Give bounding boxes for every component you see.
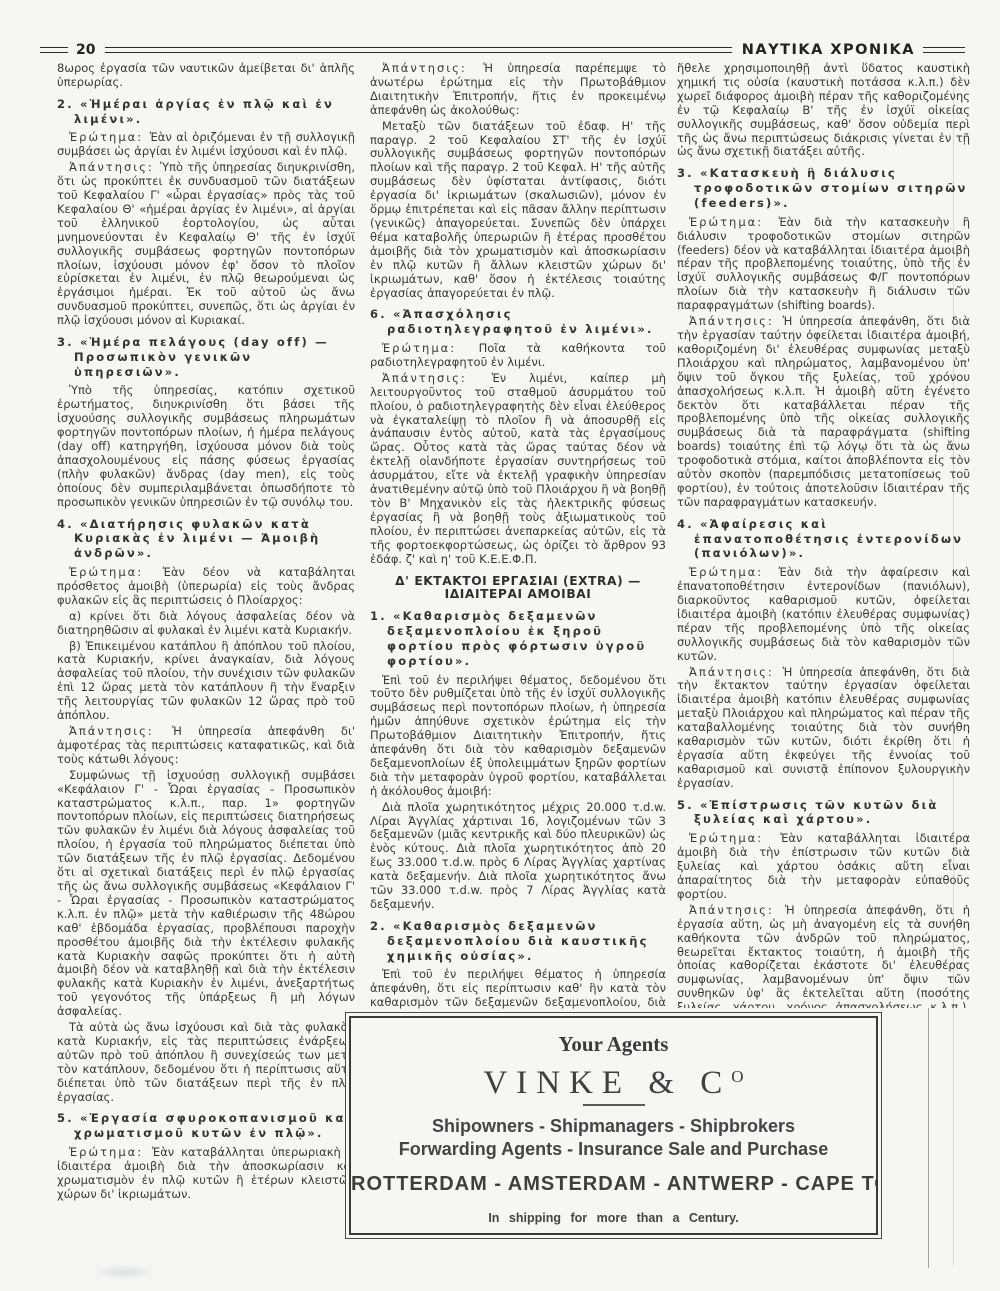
section-heading-6: 6. «Ἀπασχόλησις ραδιοτηλεγραφητοῦ ἐν λιμ… (370, 307, 666, 337)
answer-text: Ἡ ὑπηρεσία ἀπεφάνθη, ὅτι διὰ τὴν ἐργασία… (677, 314, 970, 509)
answer-paragraph: Ἀπάντησις:Ἡ ὑπηρεσία ἀπεφάνθη δι' ἀμφοτέ… (57, 725, 355, 767)
header-rule-middle (105, 47, 731, 53)
list-item-b: β) Ἐπικειμένου κατάπλου ἢ ἀπόπλου τοῦ πλ… (57, 640, 355, 723)
section-heading-extra-4: 4. «Ἀφαίρεσις καὶ ἐπανατοποθέτησις ἐντερ… (677, 517, 970, 561)
question-paragraph: Ἐρώτημα:Ἐὰν διὰ τὴν κατασκευὴν ἢ διάλυσι… (677, 216, 970, 313)
answer-text: Ὑπὸ τῆς ὑπηρεσίας διηυκρινίσθη, ὅτι ὡς π… (57, 160, 355, 327)
advertisement-vinke: Your Agents VINKE & CO Shipowners - Ship… (345, 1012, 882, 1239)
question-label: Ἐρώτημα: (69, 1145, 152, 1159)
chapter-heading: Δ' ΕΚΤΑΚΤΟΙ ΕΡΓΑΣΙΑΙ (EXTRA) — ΙΔΙΑΙΤΕΡΑ… (370, 575, 666, 603)
advertisement-frame: Your Agents VINKE & CO Shipowners - Ship… (349, 1016, 878, 1235)
answer-paragraph: Ἀπάντησις:Ἡ ὑπηρεσία ἀπεφάνθη, ὅτι διὰ τ… (677, 666, 970, 791)
question-paragraph: Ἐρώτημα:Ἐὰν καταβάλληται ἰδιαιτέρα ἀμοιβ… (677, 832, 970, 902)
answer-paragraph: Ἀπάντησις:Ὑπὸ τῆς ὑπηρεσίας διηυκρινίσθη… (57, 161, 355, 328)
section-heading-extra-2: 2. «Καθαρισμὸς δεξαμενῶν δεξαμενοπλοίου … (370, 919, 666, 963)
answer-text: Ἐν λιμένι, καίπερ μὴ λειτουργοῦντος τοῦ … (370, 371, 666, 566)
running-text: 8ωρος ἐργασία τῶν ναυτικῶν ἀμείβεται δι'… (57, 62, 355, 90)
header-rule-right (923, 47, 965, 53)
answer-label: Ἀπάντησις: (689, 314, 783, 328)
header-rule-left (40, 47, 68, 53)
ad-company-main: VINKE & C (483, 1065, 731, 1101)
section-heading-4: 4. «Διατήρησις φυλακῶν κατὰ Κυριακὰς ἐν … (57, 517, 355, 561)
question-paragraph: Ἐρώτημα:Ποῖα τὰ καθήκοντα τοῦ ραδιοτηλεγ… (370, 342, 666, 370)
paragraph: Τὰ αὐτὰ ὡς ἄνω ἰσχύουσι καὶ διὰ τὰς φυλα… (57, 1021, 355, 1104)
ad-company-name: VINKE & CO (351, 1065, 876, 1102)
ad-slogan: In shipping for more than a Century. (351, 1211, 876, 1225)
paragraph: Συμφώνως τῇ ἰσχυούσῃ συλλογικῇ συμβάσει … (57, 769, 355, 1019)
section-heading-5: 5. «Ἐργασία σφυροκοπανισμοῦ καὶ χρωματισ… (57, 1111, 355, 1141)
question-label: Ἐρώτημα: (69, 565, 163, 579)
question-label: Ἐρώτημα: (69, 130, 150, 144)
running-text: ἤθελε χρησιμοποιηθῇ ἀντὶ ὕδατος καυστικὴ… (677, 62, 970, 159)
question-label: Ἐρώτημα: (689, 565, 779, 579)
page-edge-line (928, 1008, 929, 1268)
question-label: Ἐρώτημα: (382, 341, 479, 355)
answer-paragraph: Ἀπάντησις:Ἡ ὑπηρεσία ἀπεφάνθη, ὅτι ἡ ἐργ… (677, 904, 970, 1008)
page-number: 20 (76, 42, 95, 58)
ad-tagline: Your Agents (351, 1032, 876, 1057)
answer-label: Ἀπάντησις: (382, 371, 492, 385)
ad-services-line-1: Shipowners - Shipmanagers - Shipbrokers (351, 1115, 876, 1138)
question-paragraph: Ἐρώτημα:Ἐὰν καταβάλληται ὑπερωριακὴ ἢ ἰδ… (57, 1146, 355, 1202)
paragraph: Ἐπὶ τοῦ ἐν περιλήψει θέματος, δεδομένου … (370, 674, 666, 799)
section-heading-2: 2. «Ἡμέραι ἀργίας ἐν πλῷ καὶ ἐν λιμένι». (57, 97, 355, 127)
question-paragraph: Ἐρώτημα:Ἐὰν διὰ τὴν ἀφαίρεσιν καὶ ἐπανατ… (677, 566, 970, 663)
column-1: 8ωρος ἐργασία τῶν ναυτικῶν ἀμείβεται δι'… (57, 62, 355, 1242)
answer-label: Ἀπάντησις: (69, 160, 160, 174)
question-label: Ἐρώτημα: (689, 831, 780, 845)
answer-paragraph: Ἀπάντησις:Ἡ ὑπηρεσία παρέπεμψε τὸ ἀνωτέρ… (370, 62, 666, 118)
answer-text: Ἡ ὑπηρεσία ἀπεφάνθη, ὅτι ἡ ἐργασία αὕτη,… (677, 903, 970, 1008)
section-heading-extra-1: 1. «Καθαρισμὸς δεξαμενῶν δεξαμενοπλοίου … (370, 609, 666, 668)
question-text: Ἐὰν διὰ τὴν κατασκευὴν ἢ διάλυσιν τροφοδ… (677, 215, 970, 312)
answer-text: Ἡ ὑπηρεσία ἀπεφάνθη, ὅτι διὰ τὴν ἔκτακτο… (677, 665, 970, 790)
masthead-title: ΝΑΥΤΙΚΑ ΧΡΟΝΙΚΑ (742, 42, 915, 58)
paragraph: Μεταξὺ τῶν διατάξεων τοῦ ἐδαφ. Η' τῆς πα… (370, 120, 666, 301)
answer-paragraph: Ἀπάντησις:Ἐν λιμένι, καίπερ μὴ λειτουργο… (370, 372, 666, 567)
answer-label: Ἀπάντησις: (689, 903, 785, 917)
ad-cities: ROTTERDAM - AMSTERDAM - ANTWERP - CAPE T… (351, 1173, 876, 1196)
page-edge-shadow (953, 60, 954, 1265)
question-text: Ἐὰν διὰ τὴν ἀφαίρεσιν καὶ ἐπανατοποθέτησ… (677, 565, 970, 662)
list-item-a: α) κρίνει ὅτι διὰ λόγους ἀσφαλείας δέον … (57, 610, 355, 638)
company-underline (583, 1104, 645, 1106)
paragraph: Διὰ πλοῖα χωρητικότητος μέχρις 20.000 τ.… (370, 801, 666, 912)
column-3: ἤθελε χρησιμοποιηθῇ ἀντὶ ὕδατος καυστικὴ… (677, 62, 970, 1008)
page-header: 20 ΝΑΥΤΙΚΑ ΧΡΟΝΙΚΑ (40, 42, 965, 58)
answer-label: Ἀπάντησις: (689, 665, 783, 679)
question-paragraph: Ἐρώτημα:Ἐὰν αἱ ὁριζόμεναι ἐν τῇ συλλογικ… (57, 131, 355, 159)
scan-smudge (88, 1264, 160, 1280)
paragraph: Ἐπὶ τοῦ ἐν περιλήψει θέματος ἡ ὑπηρεσία … (370, 968, 666, 1010)
section-heading-extra-5: 5. «Ἐπίστρωσις τῶν κυτῶν διὰ ξυλείας καὶ… (677, 798, 970, 828)
answer-label: Ἀπάντησις: (382, 62, 483, 75)
section-heading-3: 3. «Ἡμέρα πελάγους (day off) — Προσωπικὸ… (57, 335, 355, 379)
question-paragraph: Ἐρώτημα:Ἐὰν δέον νὰ καταβάληται πρόσθετο… (57, 566, 355, 608)
question-label: Ἐρώτημα: (689, 215, 778, 229)
answer-paragraph: Ἀπάντησις:Ἡ ὑπηρεσία ἀπεφάνθη, ὅτι διὰ τ… (677, 315, 970, 510)
ad-company-superscript: O (731, 1067, 743, 1086)
paragraph: Ὑπὸ τῆς ὑπηρεσίας, κατόπιν σχετικοῦ ἐρωτ… (57, 384, 355, 509)
answer-label: Ἀπάντησις: (69, 724, 172, 738)
column-2: Ἀπάντησις:Ἡ ὑπηρεσία παρέπεμψε τὸ ἀνωτέρ… (370, 62, 666, 1010)
section-heading-extra-3: 3. «Κατασκευὴ ἢ διάλυσις τροφοδοτικῶν στ… (677, 166, 970, 210)
ad-services-line-2: Forwarding Agents - Insurance Sale and P… (351, 1138, 876, 1161)
